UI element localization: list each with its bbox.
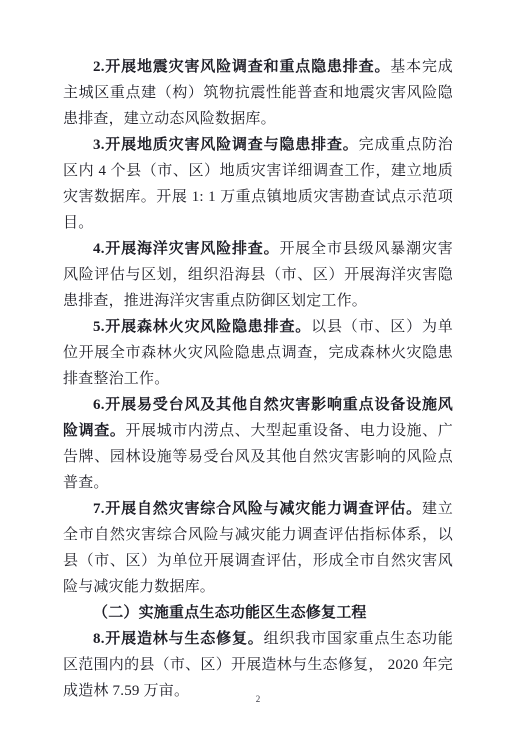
page-number: 2 [0,694,516,704]
document-page: 2.开展地震灾害风险调查和重点隐患排查。基本完成主城区重点建（构）筑物抗震性能普… [0,0,516,736]
paragraph-task-6: 6.开展易受台风及其他自然灾害影响重点设备设施风险调查。开展城市内涝点、大型起重… [63,392,453,496]
document-body: 2.开展地震灾害风险调查和重点隐患排查。基本完成主城区重点建（构）筑物抗震性能普… [63,54,453,704]
task-4-lead: 4.开展海洋灾害风险排查。 [93,241,279,257]
task-5-lead: 5.开展森林火灾风险隐患排查。 [93,319,311,335]
task-2-lead: 2.开展地震灾害风险调查和重点隐患排查。 [93,59,390,75]
paragraph-task-3: 3.开展地质灾害风险调查与隐患排查。完成重点防治区内 4 个县（市、区）地质灾害… [63,132,453,236]
paragraph-task-8: 8.开展造林与生态修复。组织我市国家重点生态功能区范围内的县（市、区）开展造林与… [63,626,453,704]
task-3-lead: 3.开展地质灾害风险调查与隐患排查。 [93,137,359,153]
paragraph-task-5: 5.开展森林火灾风险隐患排查。以县（市、区）为单位开展全市森林火灾风险隐患点调查… [63,314,453,392]
paragraph-task-4: 4.开展海洋灾害风险排查。开展全市县级风暴潮灾害风险评估与区划，组织沿海县（市、… [63,236,453,314]
task-8-lead: 8.开展造林与生态修复。 [93,631,264,647]
paragraph-task-7: 7.开展自然灾害综合风险与减灾能力调查评估。建立全市自然灾害综合风险与减灾能力调… [63,496,453,600]
section-heading: （二）实施重点生态功能区生态修复工程 [63,600,453,626]
task-7-lead: 7.开展自然灾害综合风险与减灾能力调查评估。 [93,501,422,517]
paragraph-task-2: 2.开展地震灾害风险调查和重点隐患排查。基本完成主城区重点建（构）筑物抗震性能普… [63,54,453,132]
